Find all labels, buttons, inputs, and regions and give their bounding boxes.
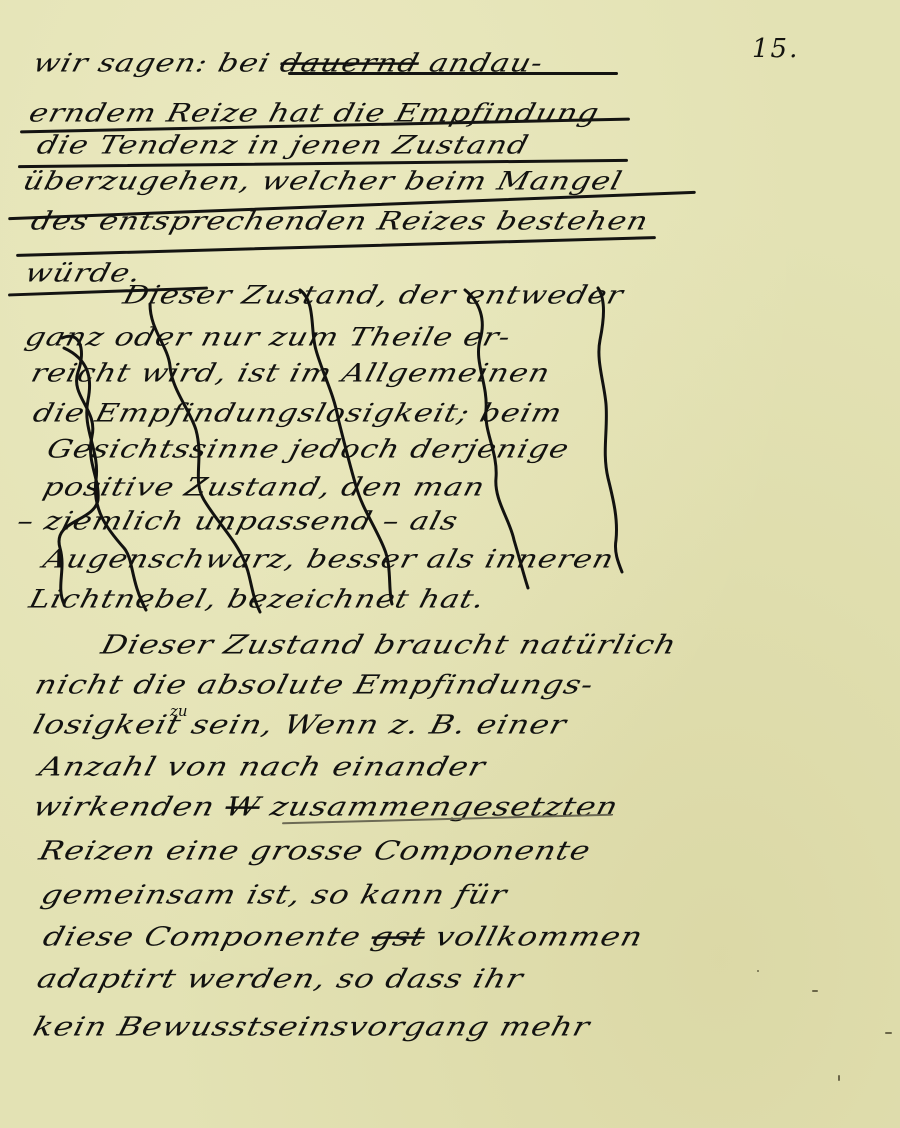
paper-speck	[838, 1075, 840, 1081]
paper-speck	[812, 990, 818, 992]
paper-speck	[757, 970, 759, 972]
manuscript-line: Reizen eine grosse Componente	[36, 835, 594, 866]
underline	[288, 72, 618, 75]
manuscript-line: gemeinsam ist, so kann für	[38, 879, 511, 910]
manuscript-line: Gesichtssinne jedoch derjenige	[44, 434, 573, 464]
line-text: diese Componente	[40, 921, 376, 952]
manuscript-line: Dieser Zustand, der entweder	[120, 280, 627, 310]
manuscript-line: Lichtnebel, bezeichnet hat.	[26, 584, 488, 614]
manuscript-line: ganz oder nur zum Theile er-	[22, 322, 514, 352]
manuscript-line: Dieser Zustand braucht natürlich	[98, 629, 680, 660]
manuscript-line: diese Componente gst vollkommen	[40, 921, 647, 952]
manuscript-line: Anzahl von nach einander	[36, 751, 489, 782]
paper-speck	[885, 1032, 892, 1034]
page-number: 15.	[752, 34, 799, 64]
manuscript-line: positive Zustand, den man	[40, 472, 489, 502]
underline	[16, 236, 656, 257]
manuscript-line: – ziemlich unpassend – als	[14, 506, 461, 536]
manuscript-line: adaptirt werden, so dass ihr	[34, 963, 527, 994]
manuscript-line: überzugehen, welcher beim Mangel	[20, 166, 626, 196]
manuscript-line: Augenschwarz, besser als inneren	[40, 544, 618, 574]
manuscript-line: die Tendenz in jenen Zustand	[34, 130, 532, 160]
manuscript-line: die Empfindungslosigkeit; beim	[30, 398, 566, 428]
manuscript-page: 15. wir sagen: bei dauernd andau- erndem…	[0, 0, 900, 1128]
manuscript-line: nicht die absolute Empfindungs-	[32, 669, 597, 700]
manuscript-line: losigkeit sein, Wenn z. B. einer	[30, 709, 570, 740]
line-text: vollkommen	[421, 921, 647, 952]
manuscript-line: reicht wird, ist im Allgemeinen	[28, 358, 554, 388]
line-text: wirkenden	[30, 791, 230, 822]
manuscript-line: kein Bewusstseinsvorgang mehr	[30, 1011, 594, 1042]
manuscript-line: des entsprechenden Reizes bestehen	[28, 206, 652, 236]
struck-word: gst	[368, 921, 429, 952]
line-text: wir sagen: bei	[30, 48, 284, 78]
